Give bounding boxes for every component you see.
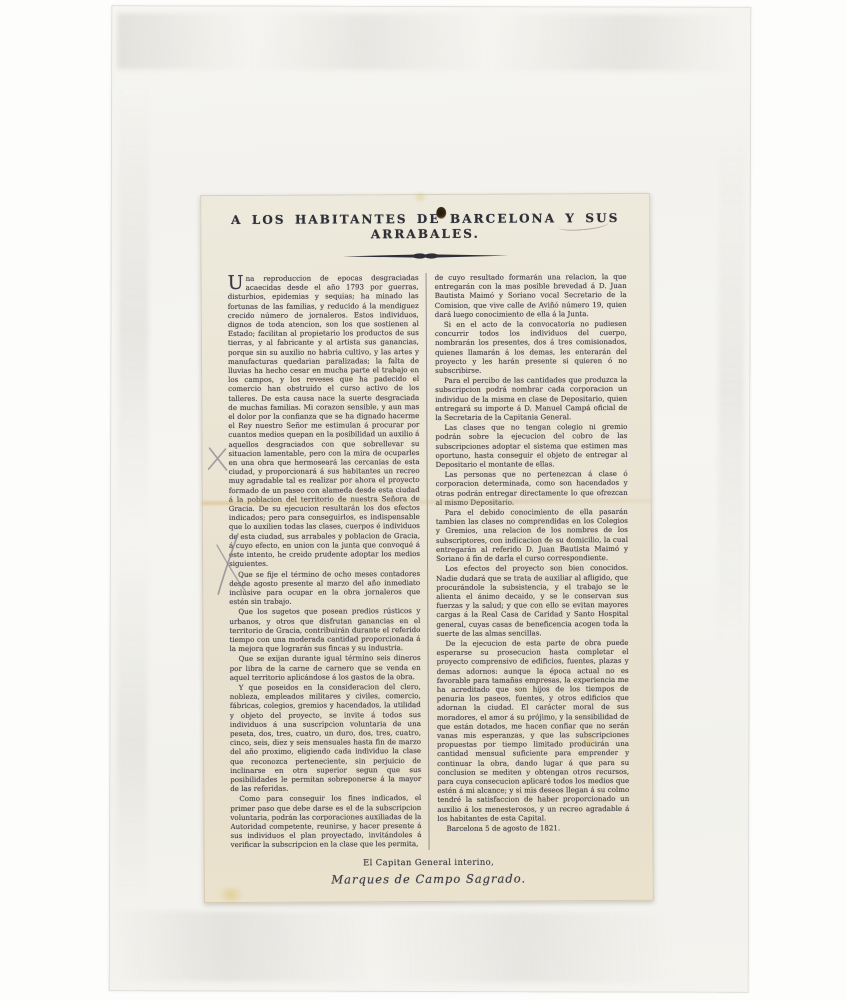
signature-role: El Capitan General interino, bbox=[204, 855, 654, 867]
document-title: A LOS HABITANTES DE BARCELONA Y SUS ARRA… bbox=[200, 211, 650, 243]
paragraph: Que se exijan durante igual término seis… bbox=[230, 653, 421, 682]
paragraph: Para el percibo de las cantidades que pr… bbox=[435, 375, 627, 422]
paper-wrinkle-bottom bbox=[115, 911, 735, 983]
paragraph: Las personas que no pertenezcan á clase … bbox=[436, 469, 628, 507]
paragraph: Y que poseidos en la consideracion del c… bbox=[230, 682, 422, 793]
paragraph: Los efectos del proyecto son bien conoci… bbox=[436, 563, 628, 638]
left-column: Una reproduccion de epocas desgraciadas … bbox=[228, 273, 430, 851]
swelled-rule-ornament bbox=[340, 251, 510, 262]
yellow-stain bbox=[412, 193, 428, 201]
paper-wrinkle-top bbox=[117, 13, 737, 71]
paragraph: De la ejecucion de esta parte de obra pu… bbox=[436, 638, 629, 823]
paragraph: Para el debido conocimiento de ella pasa… bbox=[436, 507, 628, 563]
drop-cap-initial: U bbox=[228, 274, 246, 291]
paragraph: Las clases que no tengan colegio ni grem… bbox=[435, 422, 627, 469]
paragraph: Si en el acto de la convocatoria no pudi… bbox=[435, 319, 627, 375]
paper-wrinkle-right bbox=[717, 127, 745, 887]
document-sheet: A LOS HABITANTES DE BARCELONA Y SUS ARRA… bbox=[200, 193, 654, 903]
paragraph: Que los sugetos que posean predios rústi… bbox=[229, 606, 420, 653]
paper-wrinkle-left bbox=[117, 85, 149, 905]
paragraph: Una reproduccion de epocas desgraciadas … bbox=[228, 273, 421, 568]
signature-block: El Capitan General interino, Marques de … bbox=[204, 855, 654, 886]
photo-frame: A LOS HABITANTES DE BARCELONA Y SUS ARRA… bbox=[0, 0, 846, 1000]
yellow-stain bbox=[214, 888, 248, 901]
paragraph: Que se fije el término de ocho meses con… bbox=[229, 569, 420, 607]
right-column: de cuyo resultado formarán una relacion,… bbox=[427, 272, 630, 850]
text-columns: Una reproduccion de epocas desgraciadas … bbox=[228, 272, 630, 851]
signature-name: Marques de Campo Sagrado. bbox=[204, 870, 654, 886]
paragraph: de cuyo resultado formarán una relacion,… bbox=[435, 272, 627, 319]
date-line: Barcelona 5 de agosto de 1821. bbox=[437, 823, 629, 833]
paragraph: Como para conseguir los fines indicados,… bbox=[230, 793, 421, 849]
paragraph-text: na reproduccion de epocas desgraciadas a… bbox=[228, 273, 420, 568]
